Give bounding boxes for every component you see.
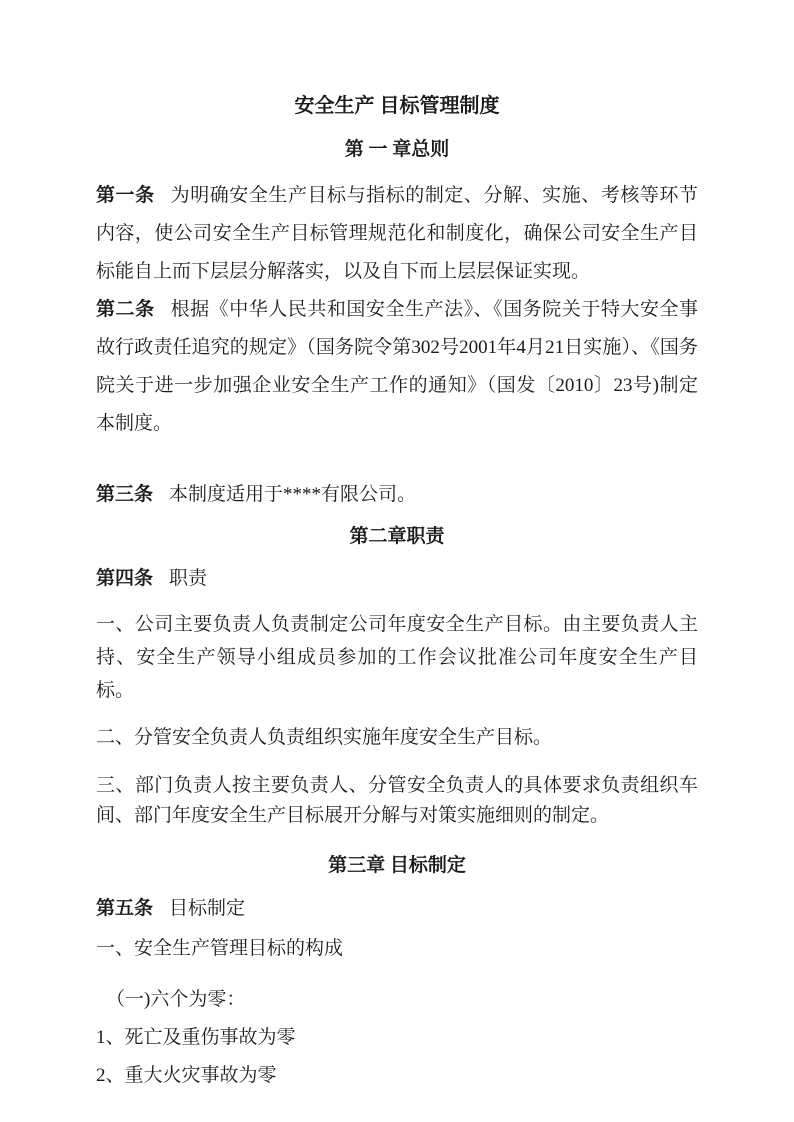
article-1-label: 第一条 [96,185,155,206]
article-5-label: 第五条 [96,898,153,919]
article-5: 第五条目标制定 [96,897,698,921]
responsibility-item-2: 二、分管安全负责人负责组织实施年度安全生产目标。 [96,726,698,750]
zero-item-2: 2、重大火灾事故为零 [96,1064,698,1088]
article-4-text: 职责 [169,568,207,589]
article-2-text: 根据《中华人民共和国安全生产法》、《国务院关于特大安全事故行政责任追究的规定》（… [96,299,698,434]
article-3: 第三条本制度适用于****有限公司。 [96,483,698,507]
six-zeros-heading: （一)六个为零： [96,988,698,1012]
article-4: 第四条职责 [96,567,698,591]
chapter-2-heading: 第二章职责 [96,525,698,549]
article-1-text: 为明确安全生产目标与指标的制定、分解、实施、考核等环节内容，使公司安全生产目标管… [96,185,698,282]
article-1: 第一条为明确安全生产目标与指标的制定、分解、实施、考核等环节内容，使公司安全生产… [96,177,698,291]
goal-composition-line: 一、安全生产管理目标的构成 [96,937,698,961]
article-3-text: 本制度适用于****有限公司。 [169,484,416,505]
responsibility-item-1: 一、公司主要负责人负责制定公司年度安全生产目标。由主要负责人主持、安全生产领导小… [96,608,698,707]
article-4-label: 第四条 [96,568,153,589]
chapter-3-heading: 第三章 目标制定 [96,854,698,878]
zero-item-1: 1、死亡及重伤事故为零 [96,1026,698,1050]
chapter-1-heading: 第 一 章总则 [96,138,698,162]
responsibility-item-3: 三、部门负责人按主要负责人、分管安全负责人的具体要求负责组织车间、部门年度安全生… [96,771,698,831]
document-page: 安全生产 目标管理制度 第 一 章总则 第一条为明确安全生产目标与指标的制定、分… [0,0,794,1122]
article-2-label: 第二条 [96,299,155,320]
document-title: 安全生产 目标管理制度 [96,94,698,118]
article-3-label: 第三条 [96,484,153,505]
article-2: 第二条根据《中华人民共和国安全生产法》、《国务院关于特大安全事故行政责任追究的规… [96,291,698,443]
article-5-text: 目标制定 [169,898,245,919]
